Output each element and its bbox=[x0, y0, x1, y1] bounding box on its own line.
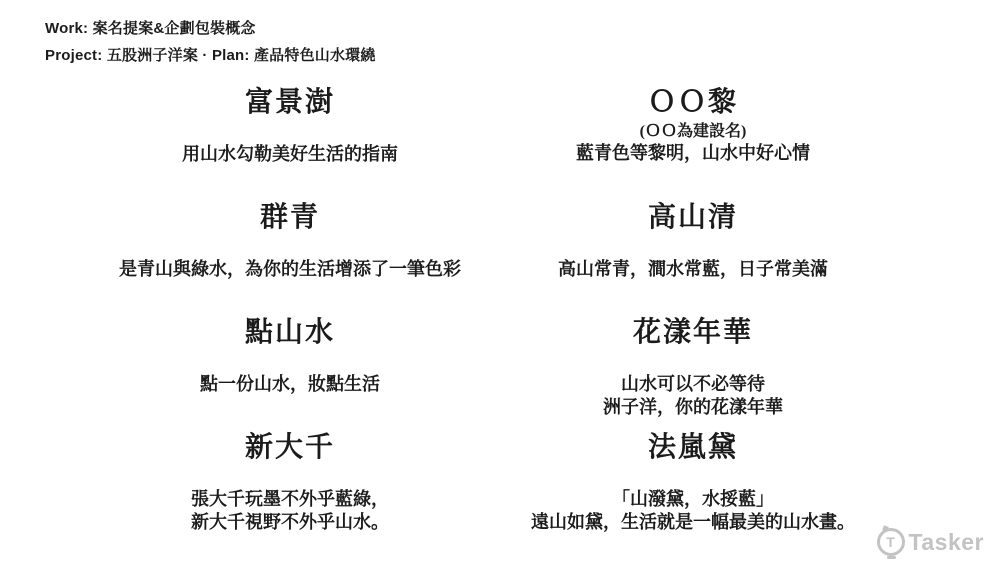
proposal-card-falandai: 法嵐黛 「山潑黛，水挼藍」 遠山如黛，生活就是一幅最美的山水畫。 bbox=[443, 431, 943, 534]
proposal-subtitle-line: 遠山如黛，生活就是一幅最美的山水畫。 bbox=[443, 511, 943, 534]
slide-header: Work: 案名提案&企劃包裝概念 Project: 五股洲子洋案 · Plan… bbox=[45, 15, 376, 69]
tasker-brand-text: Tasker bbox=[909, 529, 984, 556]
proposal-card-gaoshanqing: 高山清 高山常青，澗水常藍，日子常美滿 bbox=[443, 201, 943, 281]
tasker-watermark: T Tasker bbox=[877, 528, 984, 556]
proposal-card-ooli: ＯＯ黎 (ＯＯ為建設名) 藍青色等黎明，山水中好心情 bbox=[443, 86, 943, 165]
proposal-title: 高山清 bbox=[443, 201, 943, 235]
proposal-title: ＯＯ黎 bbox=[443, 86, 943, 120]
proposal-note: (ＯＯ為建設名) bbox=[443, 121, 943, 142]
header-work-line: Work: 案名提案&企劃包裝概念 bbox=[45, 15, 376, 42]
proposal-subtitle-line: 藍青色等黎明，山水中好心情 bbox=[443, 142, 943, 165]
tasker-logo-icon: T bbox=[877, 528, 905, 556]
proposal-title: 法嵐黛 bbox=[443, 431, 943, 465]
proposal-subtitle-line: 「山潑黛，水挼藍」 bbox=[443, 488, 943, 511]
proposal-subtitle-line: 洲子洋，你的花漾年華 bbox=[443, 396, 943, 419]
proposal-subtitle-lines: 山水可以不必等待 洲子洋，你的花漾年華 bbox=[443, 373, 943, 419]
proposal-title: 花漾年華 bbox=[443, 316, 943, 350]
proposal-subtitle-line: 高山常青，澗水常藍，日子常美滿 bbox=[443, 258, 943, 281]
proposal-subtitle-lines: 「山潑黛，水挼藍」 遠山如黛，生活就是一幅最美的山水畫。 bbox=[443, 488, 943, 534]
proposal-subtitle-line: 山水可以不必等待 bbox=[443, 373, 943, 396]
header-project-line: Project: 五股洲子洋案 · Plan: 產品特色山水環繞 bbox=[45, 42, 376, 69]
slide-canvas: Work: 案名提案&企劃包裝概念 Project: 五股洲子洋案 · Plan… bbox=[0, 0, 1000, 562]
proposal-card-huayangnianhua: 花漾年華 山水可以不必等待 洲子洋，你的花漾年華 bbox=[443, 316, 943, 419]
